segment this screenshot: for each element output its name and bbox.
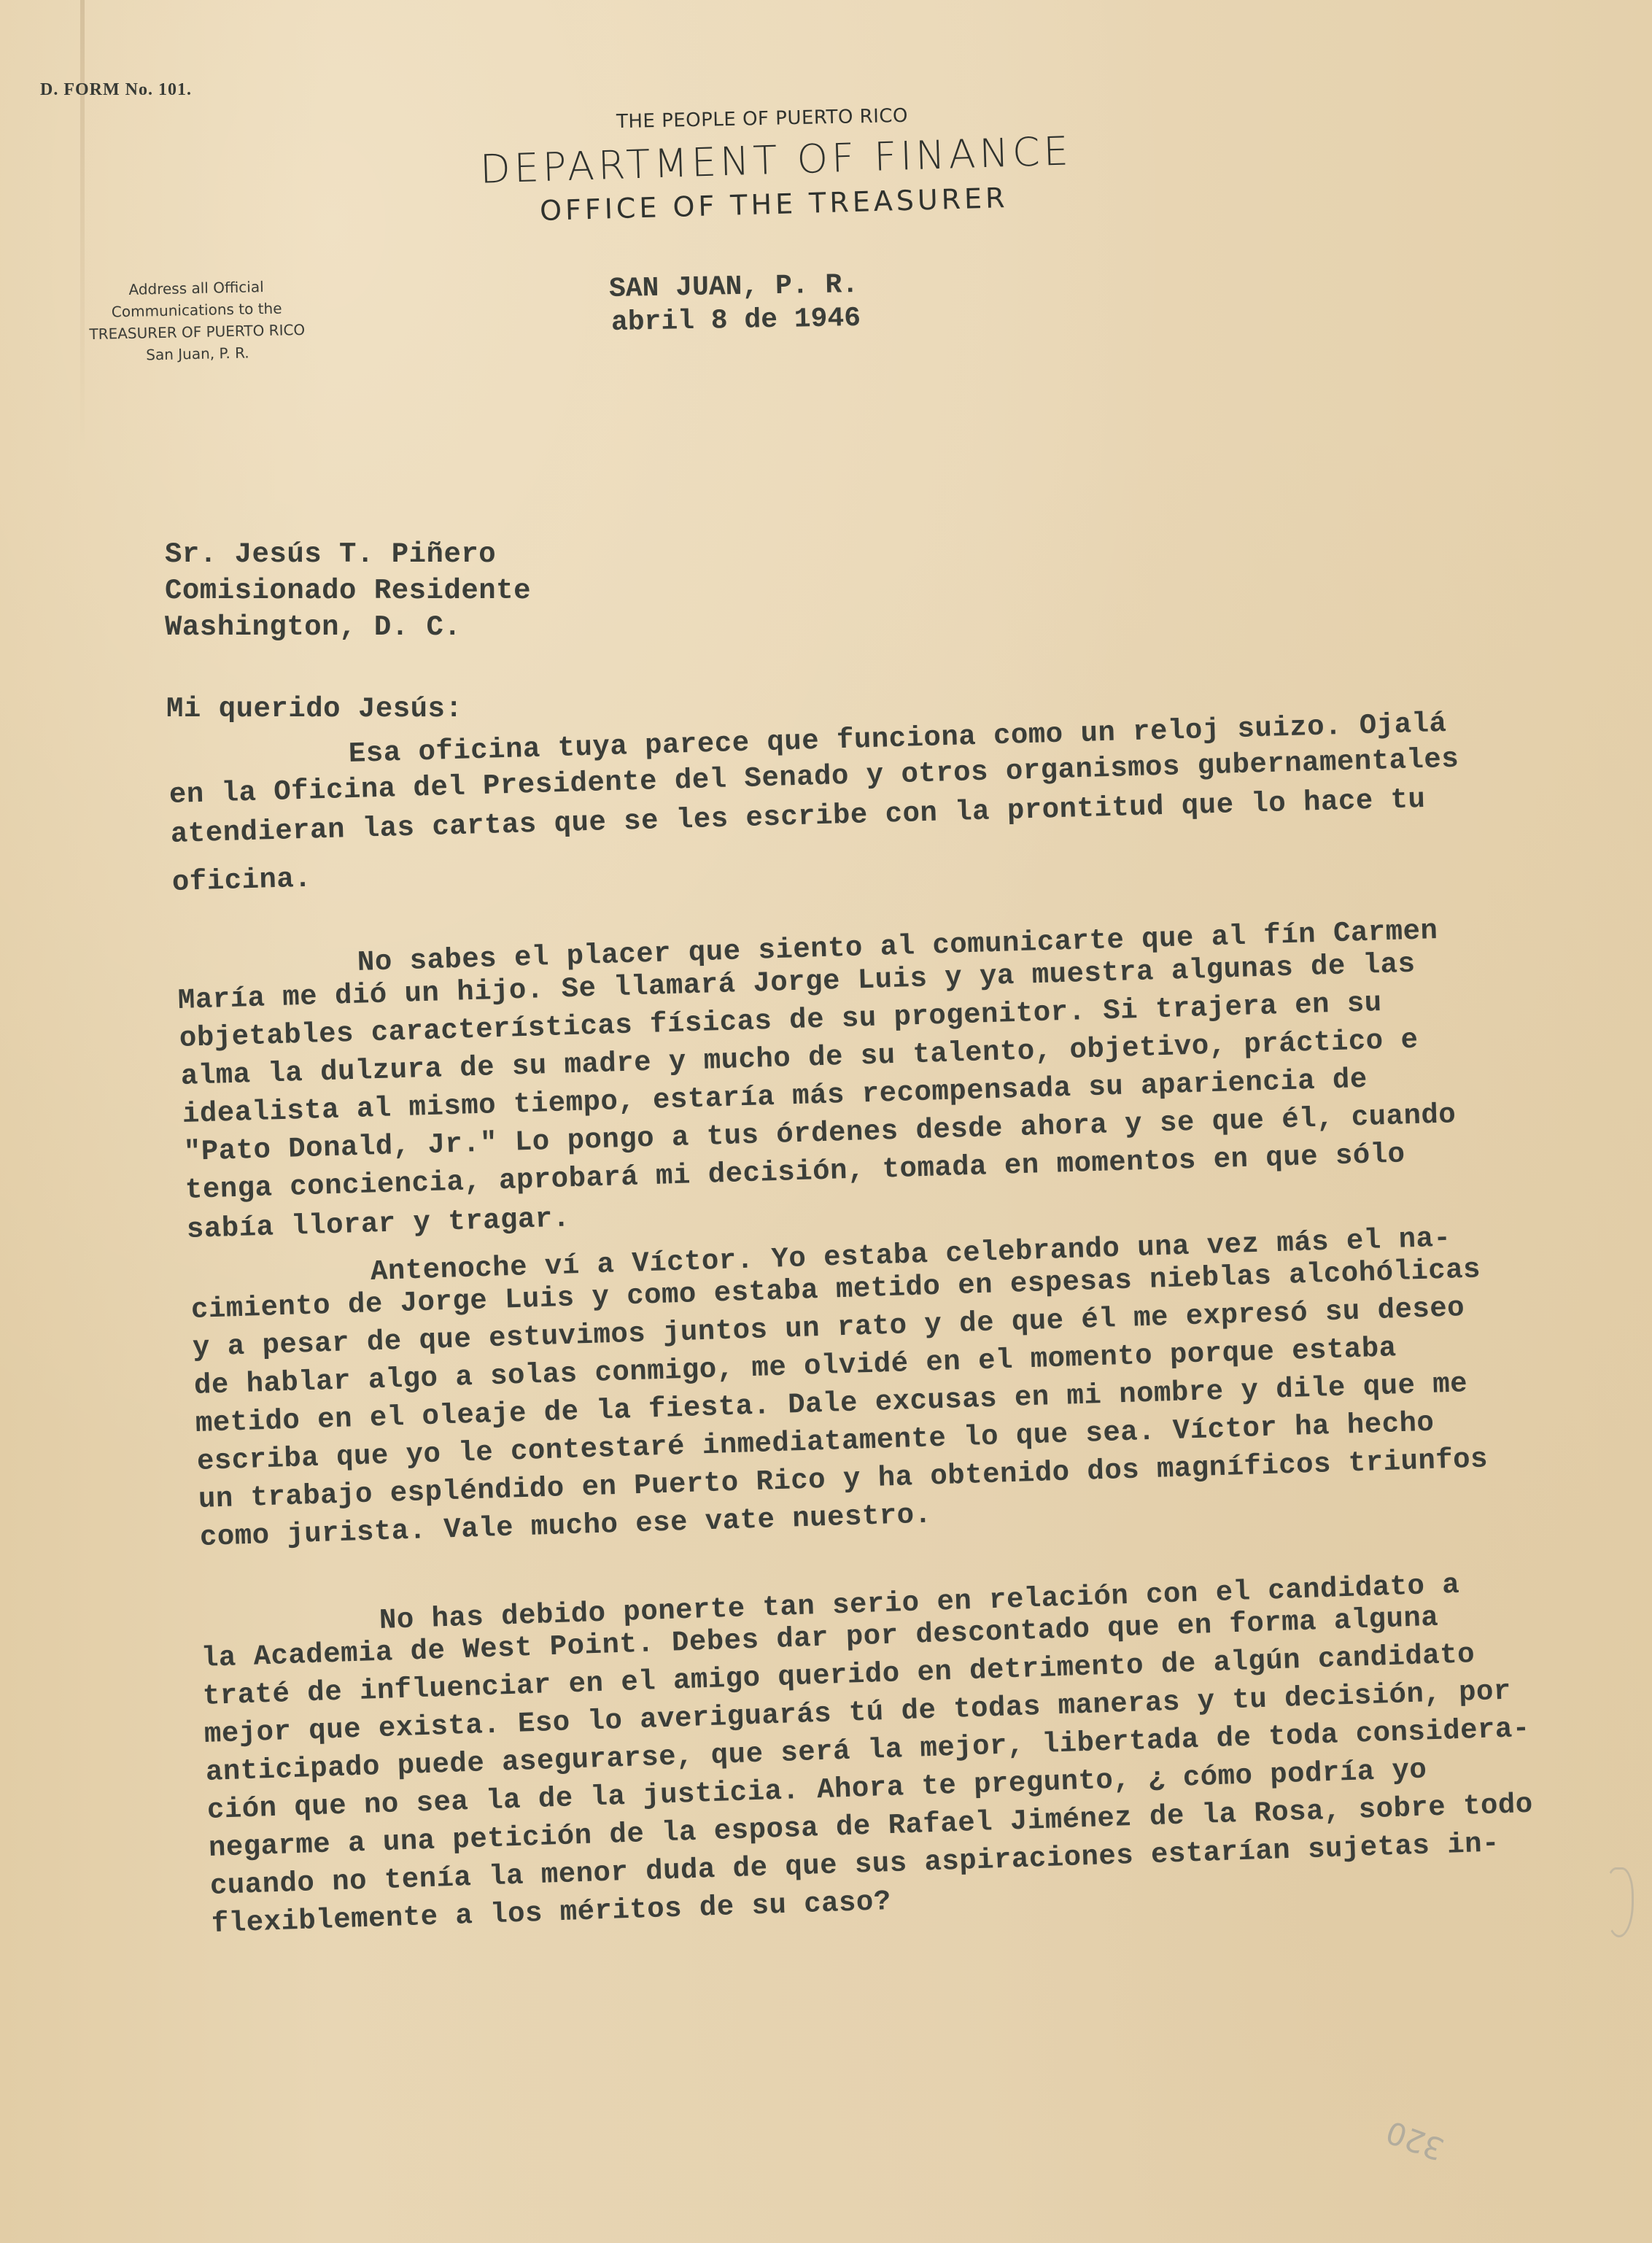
pencil-page-number: 320 (1381, 2114, 1449, 2167)
pencil-margin-mark (1605, 1867, 1634, 1937)
letterhead-office: OFFICE OF THE TREASURER (540, 182, 1009, 227)
paragraph-line: sabía llorar y tragar. (186, 1202, 570, 1246)
address-note: Address all Official Communications to t… (43, 274, 351, 368)
recipient-location: Washington, D. C. (165, 611, 461, 643)
form-number: D. FORM No. 101. (40, 80, 192, 100)
letter-page: D. FORM No. 101. THE PEOPLE OF PUERTO RI… (0, 0, 1652, 2243)
recipient-name: Sr. Jesús T. Piñero (165, 538, 496, 570)
paper-fold-stain (80, 0, 85, 452)
letterhead-people: THE PEOPLE OF PUERTO RICO (616, 105, 909, 133)
dateline-place: SAN JUAN, P. R. (609, 269, 859, 305)
salutation: Mi querido Jesús: (166, 693, 462, 725)
paragraph-line: oficina. (171, 863, 311, 899)
recipient-title: Comisionado Residente (165, 575, 531, 607)
dateline-date: abril 8 de 1946 (611, 303, 861, 338)
